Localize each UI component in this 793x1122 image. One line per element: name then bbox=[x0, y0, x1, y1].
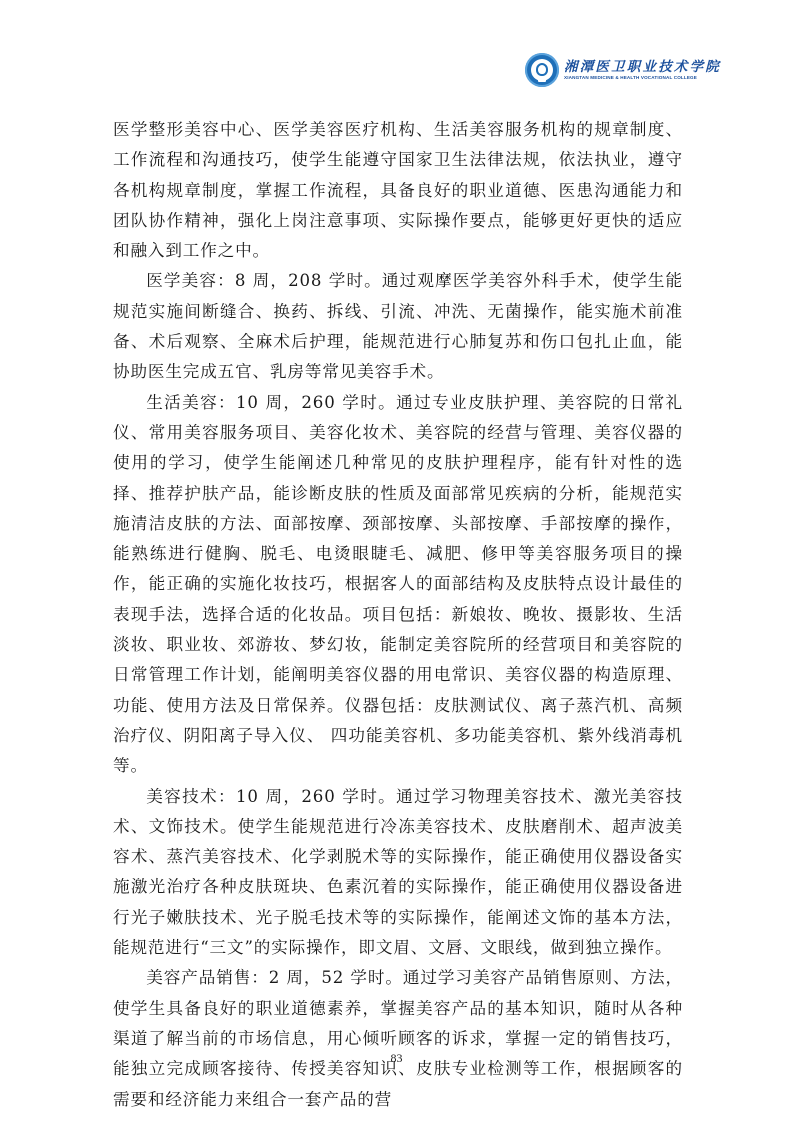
college-name-cn: 湘潭医卫职业技术学院 bbox=[564, 59, 721, 75]
college-name-en: XIANGTAN MEDICINE & HEALTH VOCATIONAL CO… bbox=[564, 75, 721, 81]
college-logo: 湘潭医卫职业技术学院 XIANGTAN MEDICINE & HEALTH VO… bbox=[525, 53, 721, 87]
paragraph-life-cosmetology: 生活美容：10 周，260 学时。通过专业皮肤护理、美容院的日常礼仪、常用美容服… bbox=[113, 388, 683, 782]
college-emblem-icon bbox=[525, 53, 559, 87]
college-logo-text: 湘潭医卫职业技术学院 XIANGTAN MEDICINE & HEALTH VO… bbox=[564, 59, 721, 81]
page-number: 83 bbox=[0, 1051, 793, 1066]
document-body: 医学整形美容中心、医学美容医疗机构、生活美容服务机构的规章制度、工作流程和沟通技… bbox=[113, 115, 683, 1115]
paragraph-cosmetic-technology: 美容技术：10 周，260 学时。通过学习物理美容技术、激光美容技术、文饰技术。… bbox=[113, 782, 683, 964]
paragraph-cosmetic-product-sales: 美容产品销售：2 周，52 学时。通过学习美容产品销售原则、方法，使学生具备良好… bbox=[113, 963, 683, 1114]
document-page: 湘潭医卫职业技术学院 XIANGTAN MEDICINE & HEALTH VO… bbox=[0, 0, 793, 1122]
paragraph-internship-intro: 医学整形美容中心、医学美容医疗机构、生活美容服务机构的规章制度、工作流程和沟通技… bbox=[113, 115, 683, 266]
paragraph-medical-cosmetology: 医学美容：8 周，208 学时。通过观摩医学美容外科手术，使学生能规范实施间断缝… bbox=[113, 266, 683, 387]
